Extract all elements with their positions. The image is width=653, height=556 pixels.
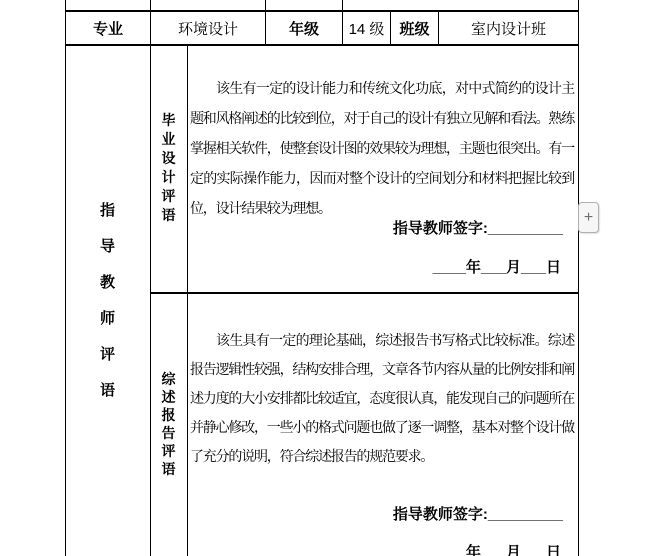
report-signature-line: 指导教师签字:_________ — [393, 503, 563, 524]
advisor-comments-column-title: 指导教师评语 — [98, 193, 117, 409]
table-border-advisor-col — [150, 0, 151, 556]
report-signature-blank: _________ — [488, 506, 563, 523]
table-border-left — [65, 0, 66, 556]
design-comment-text: 该生有一定的设计能力和传统文化功底，对中式简约的设计主题和风格阐述的比较到位，对… — [190, 74, 574, 224]
document-page: 专业 环境设计 年级 14 级 班级 室内设计班 指导教师评语 毕业设计评语 该… — [0, 0, 653, 556]
table-border-section-divider — [150, 292, 579, 294]
report-date-line: ____年___月___日 — [433, 541, 561, 556]
grade-value-cell: 14 级 — [343, 12, 390, 44]
major-value-cell: 环境设计 — [151, 12, 265, 44]
table-border-header-bottom — [65, 44, 579, 46]
design-comment-label: 毕业设计评语 — [159, 111, 178, 225]
table-border-label-col — [187, 46, 188, 556]
major-label-cell: 专业 — [66, 12, 150, 44]
design-signature-blank: _________ — [488, 220, 563, 237]
design-date-line: ____年___月___日 — [433, 256, 561, 277]
class-label-cell: 班级 — [391, 12, 438, 44]
grade-label-cell: 年级 — [266, 12, 342, 44]
insert-button[interactable]: + — [578, 202, 599, 233]
report-signature-label: 指导教师签字: — [393, 506, 488, 523]
plus-icon: + — [584, 209, 593, 227]
design-signature-label: 指导教师签字: — [393, 220, 488, 237]
report-comment-text: 该生具有一定的理论基础，综述报告书写格式比较标准。综述报告逻辑性较强，结构安排合… — [190, 327, 574, 472]
table-border-right — [578, 0, 579, 556]
report-comment-label: 综述报告评语 — [159, 370, 178, 478]
design-signature-line: 指导教师签字:_________ — [393, 217, 563, 238]
class-value-cell: 室内设计班 — [439, 12, 578, 44]
